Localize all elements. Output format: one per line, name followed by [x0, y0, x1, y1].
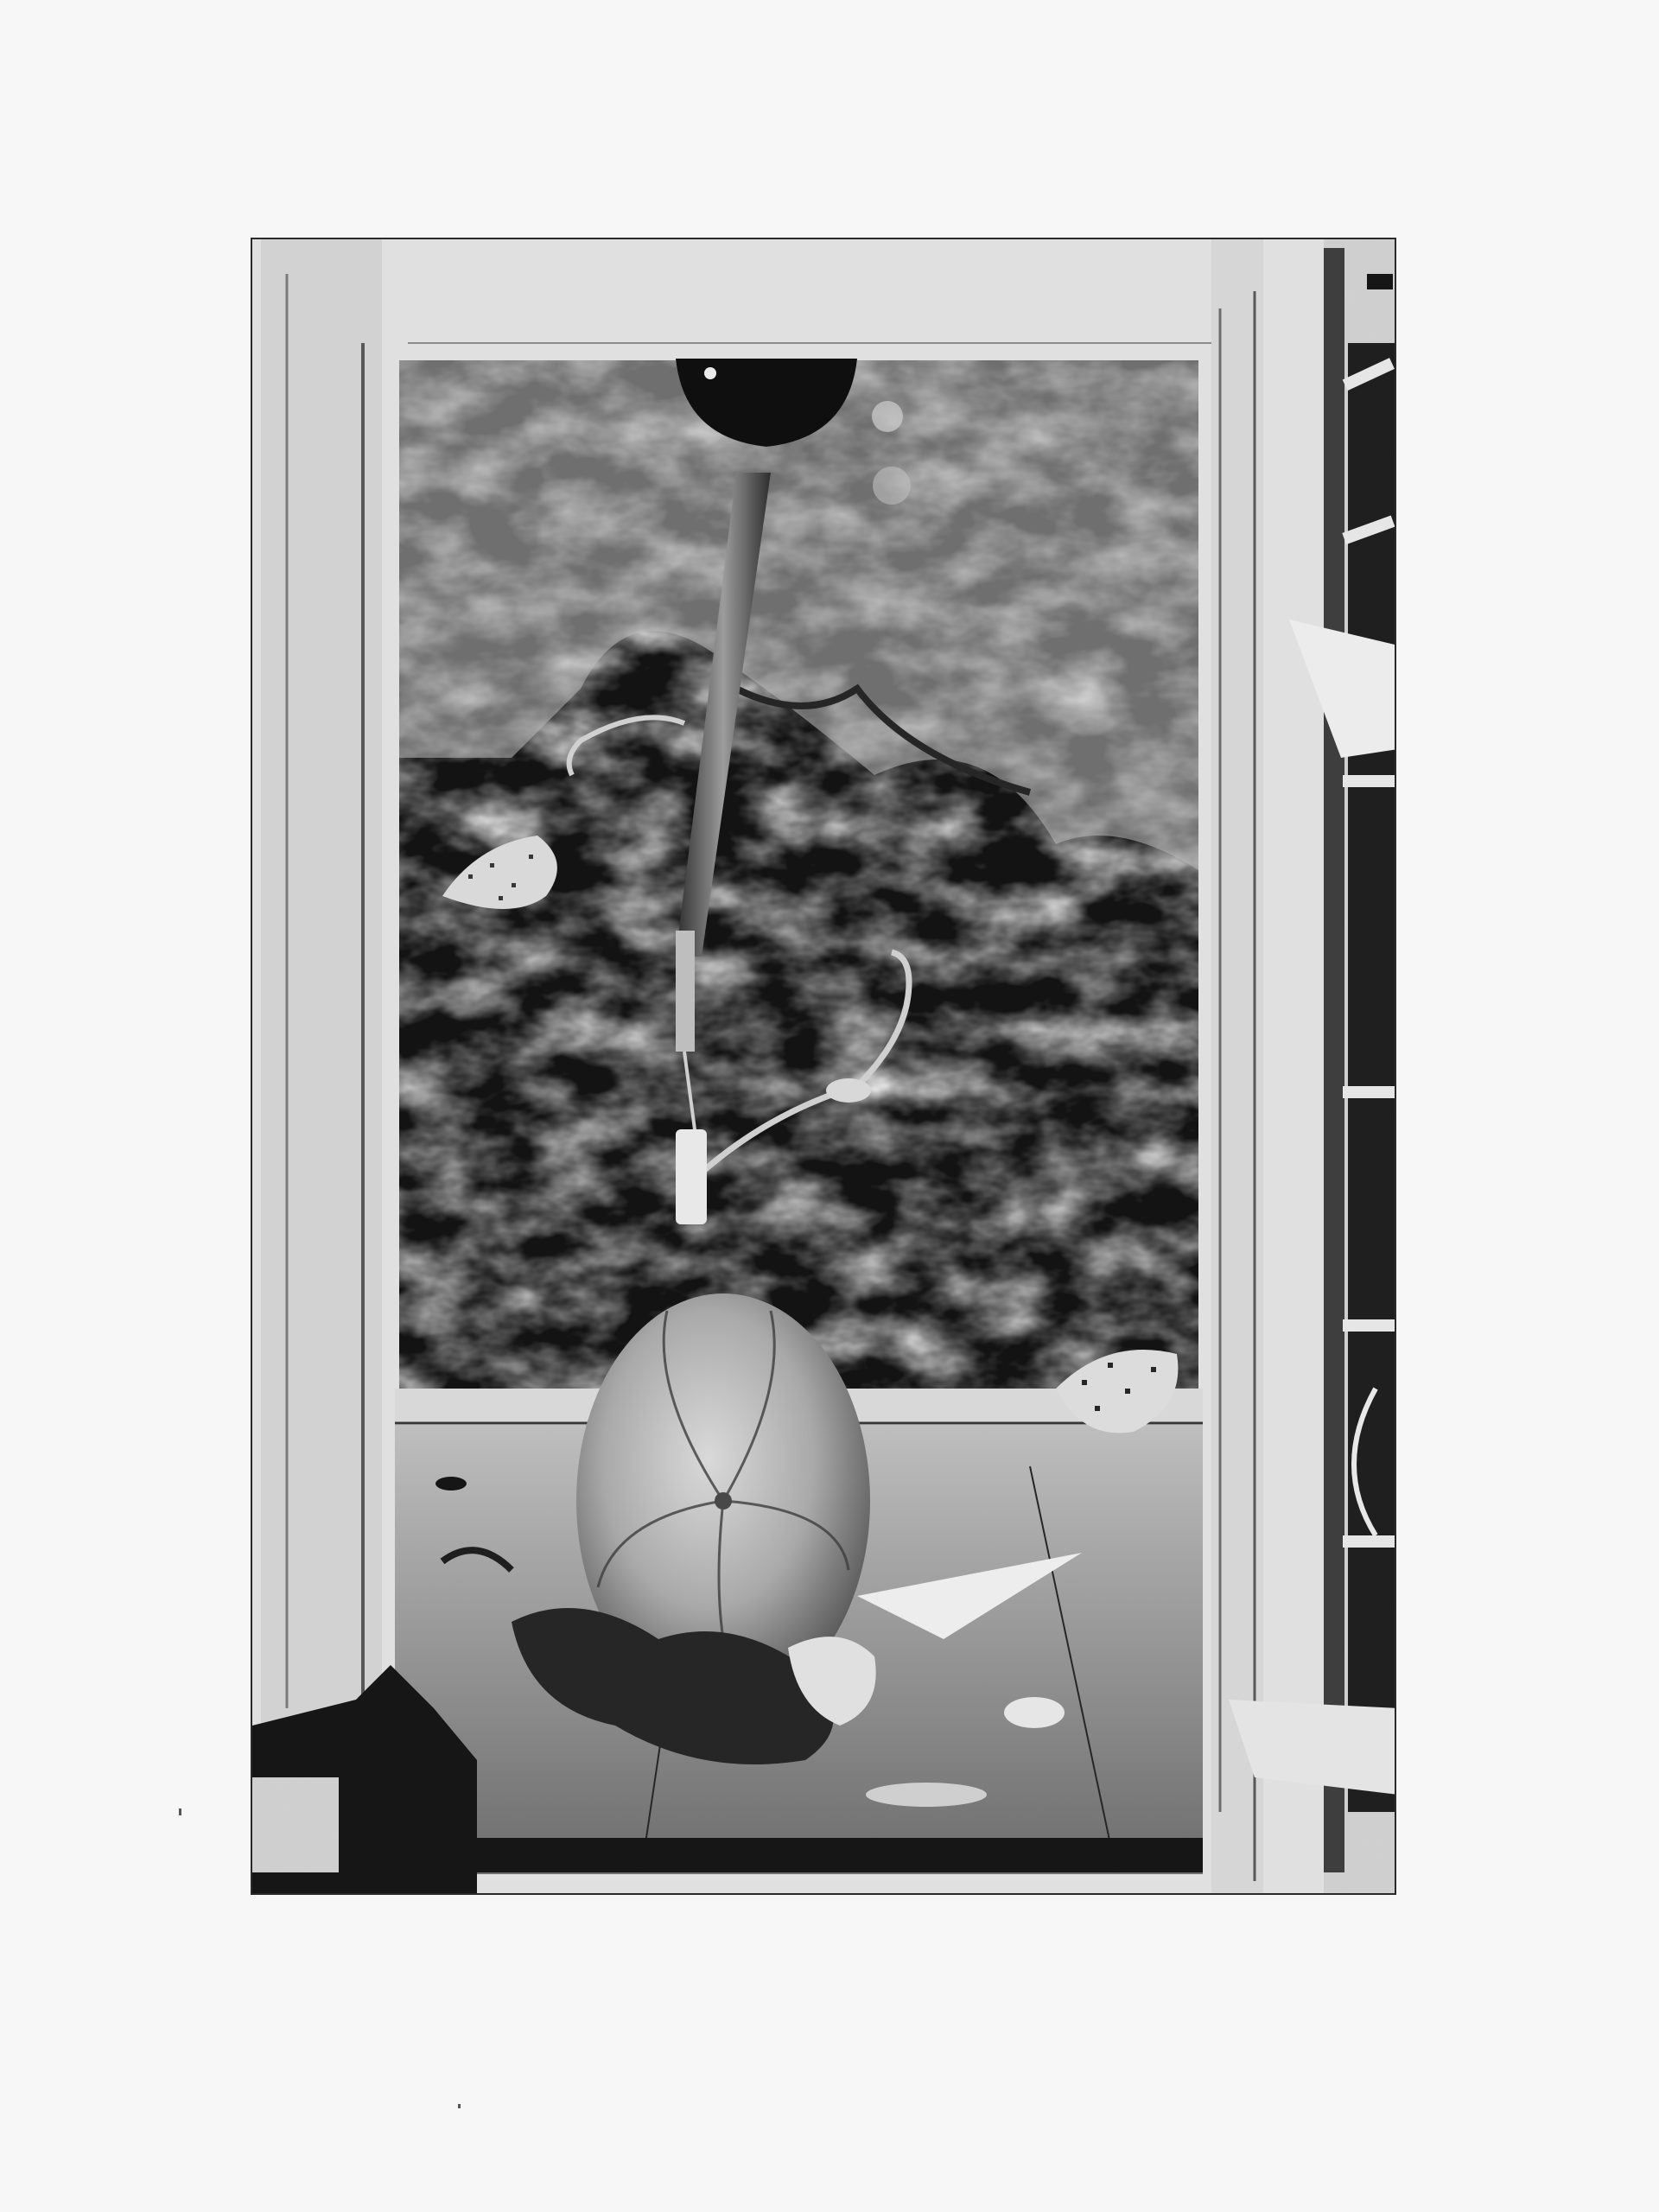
print-plate: [251, 238, 1396, 1895]
paper-mat: [0, 0, 1659, 2212]
mat-speck: [179, 1808, 181, 1815]
artwork-image: [252, 239, 1396, 1895]
mat-speck: [458, 2104, 461, 2108]
